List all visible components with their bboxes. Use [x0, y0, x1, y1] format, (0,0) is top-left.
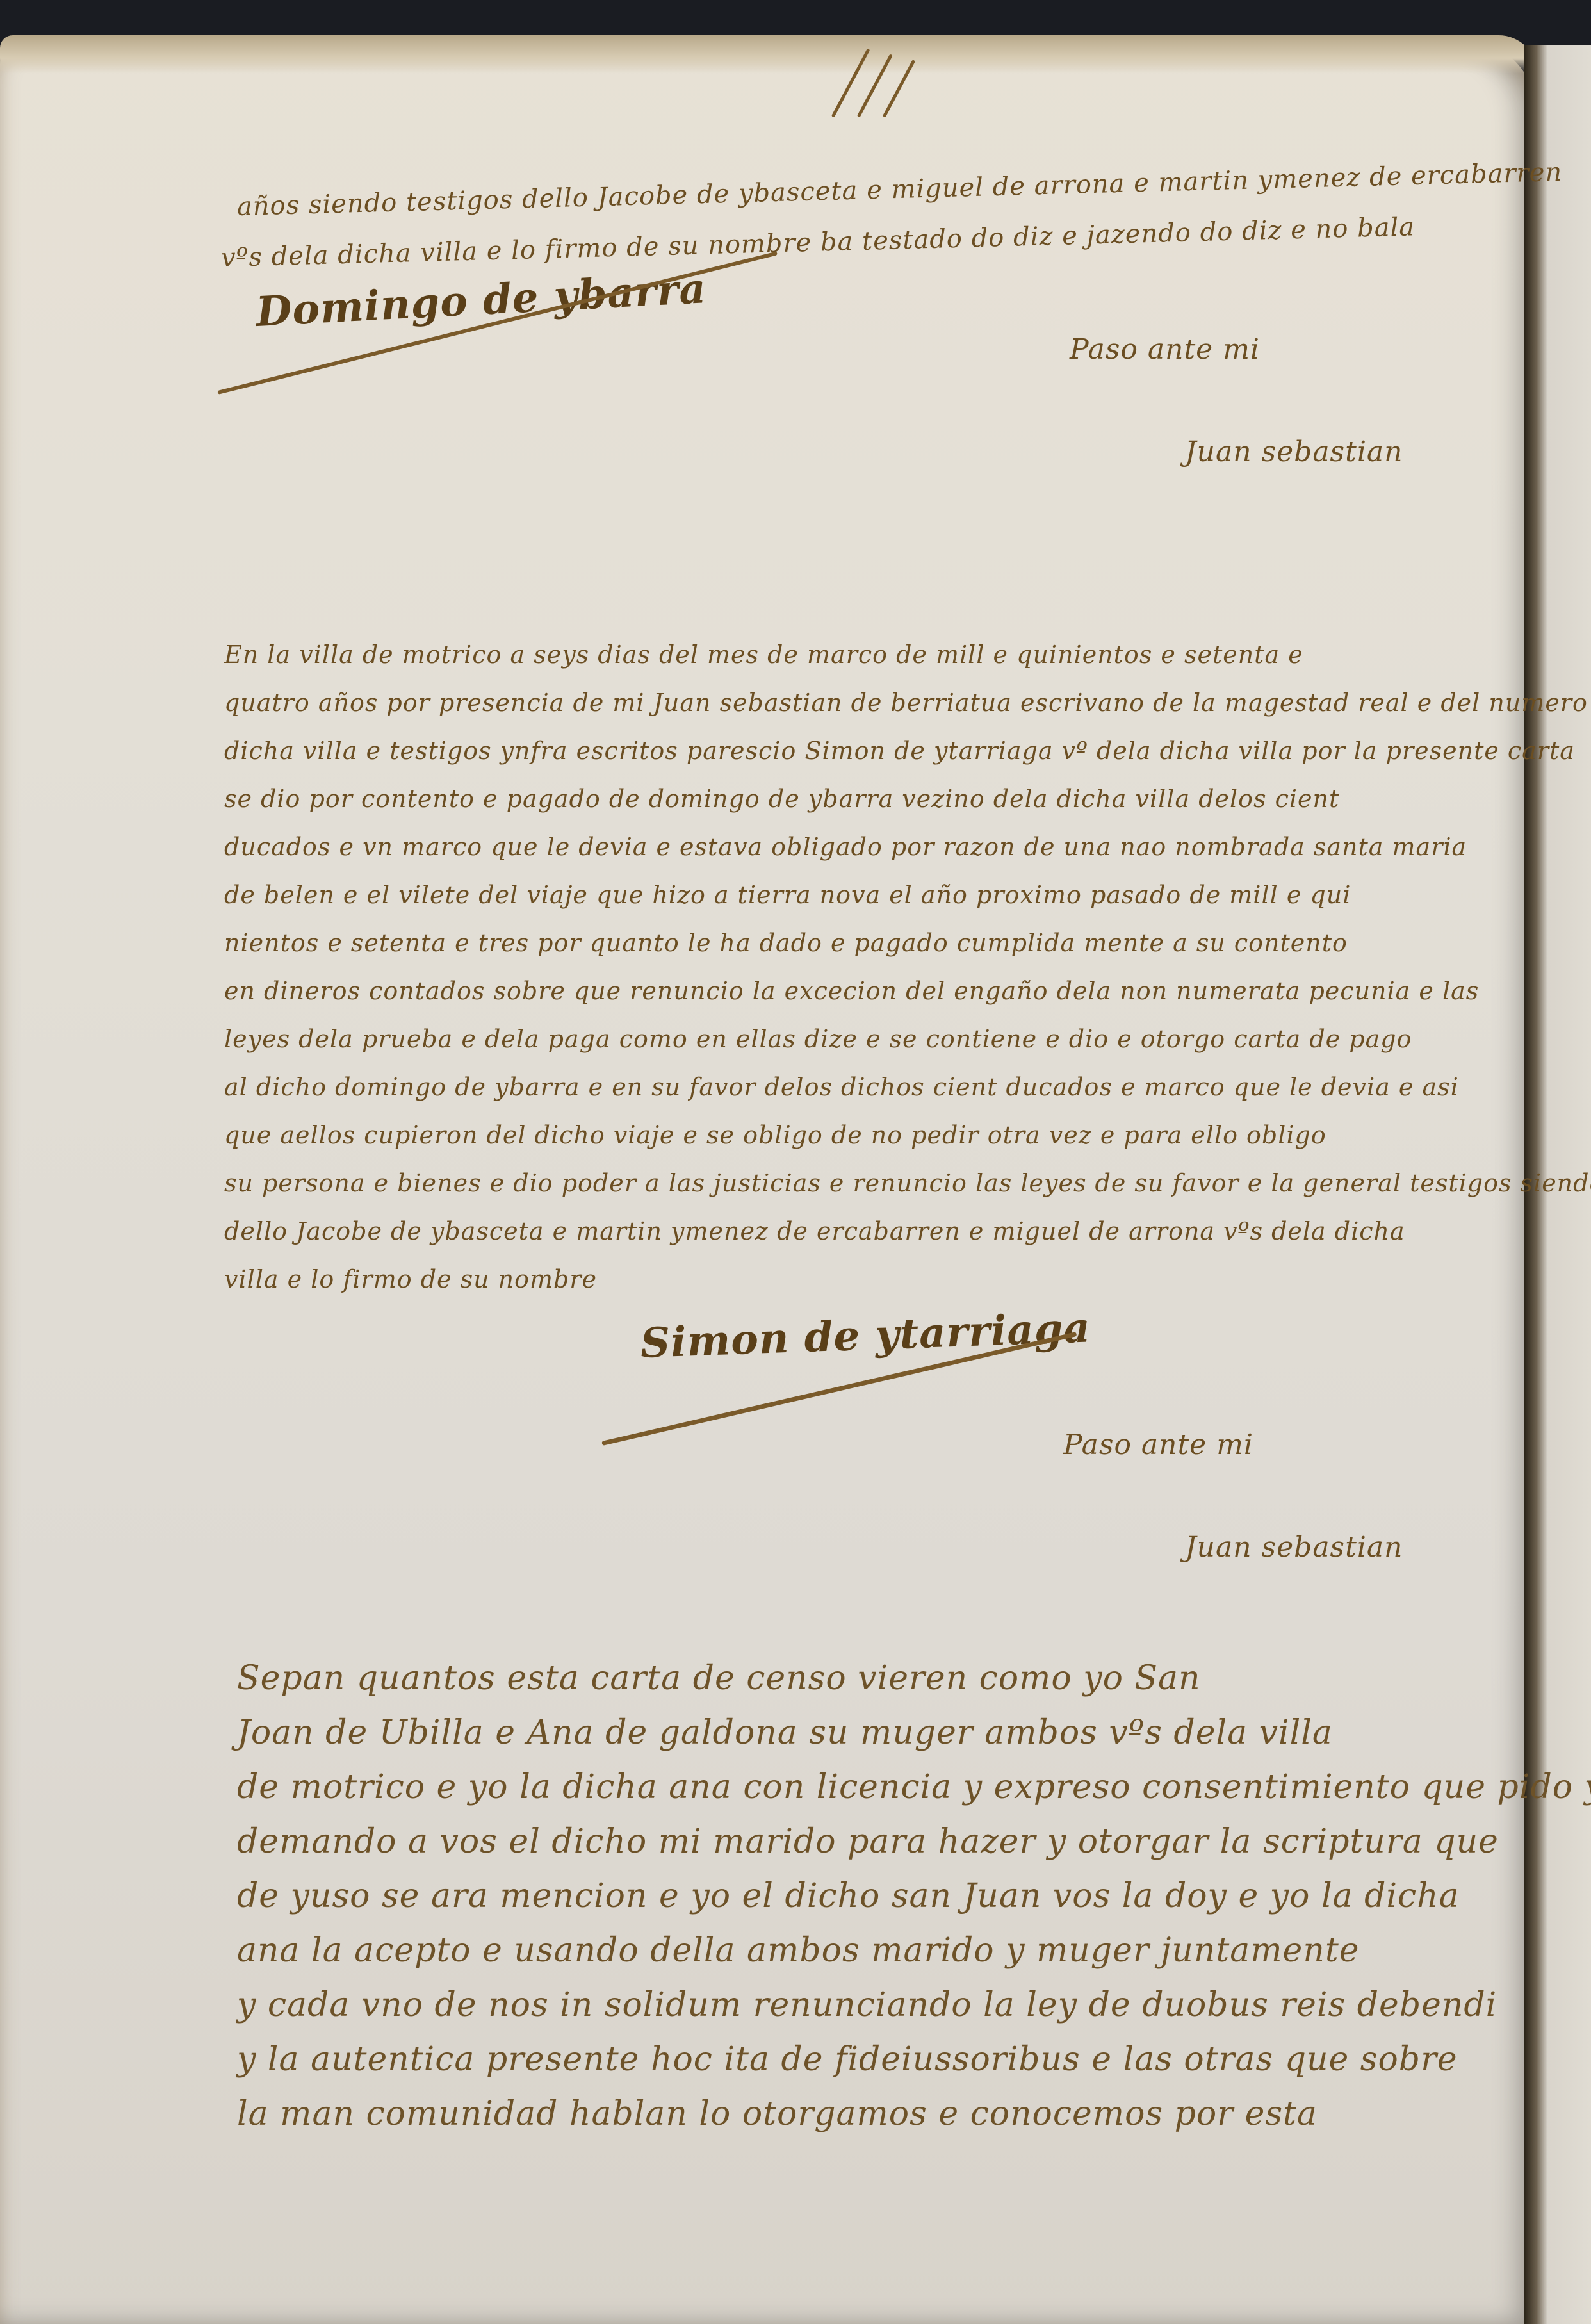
middle-line-4: se dio por contento e pagado de domingo … — [224, 785, 1339, 813]
middle-line-10: al dicho domingo de ybarra e en su favor… — [224, 1073, 1459, 1101]
middle-line-7: nientos e setenta e tres por quanto le h… — [224, 929, 1348, 957]
margin-note-paso-ante-mi: Paso ante mi — [1070, 333, 1260, 366]
middle-line-13: dello Jacobe de ybasceta e martin ymenez… — [224, 1217, 1405, 1245]
bottom-line-9: la man comunidad hablan lo otorgamos e c… — [237, 2095, 1318, 2133]
bottom-line-4: demando a vos el dicho mi marido para ha… — [237, 1822, 1499, 1861]
bottom-line-2: Joan de Ubilla e Ana de galdona su muger… — [237, 1714, 1333, 1752]
margin-note-juan-sebastian: Juan sebastian — [1185, 1531, 1403, 1564]
middle-line-12: su persona e bienes e dio poder a las ju… — [224, 1169, 1591, 1197]
bottom-line-8: y la autentica presente hoc ita de fidei… — [237, 2040, 1458, 2079]
bottom-line-1: Sepan quantos esta carta de censo vieren… — [237, 1659, 1201, 1698]
middle-line-6: de belen e el vilete del viaje que hizo … — [224, 881, 1351, 909]
bottom-line-3: de motrico e yo la dicha ana con licenci… — [237, 1768, 1591, 1806]
middle-line-9: leyes dela prueba e dela paga como en el… — [224, 1025, 1412, 1053]
margin-note-juan-sebastian: Juan sebastian — [1185, 436, 1403, 468]
bottom-line-7: y cada vno de nos in solidum renunciando… — [237, 1986, 1497, 2024]
bottom-line-6: ana la acepto e usando della ambos marid… — [237, 1931, 1360, 1970]
margin-note-paso-ante-mi: Paso ante mi — [1063, 1428, 1253, 1461]
middle-line-5: ducados e vn marco que le devia e estava… — [224, 833, 1467, 861]
middle-line-8: en dineros contados sobre que renuncio l… — [224, 977, 1479, 1005]
bottom-line-5: de yuso se ara mencion e yo el dicho san… — [237, 1877, 1460, 1915]
middle-line-11: que aellos cupieron del dicho viaje e se… — [224, 1121, 1326, 1149]
middle-line-14: villa e lo firmo de su nombre — [224, 1265, 597, 1293]
middle-line-3: dicha villa e testigos ynfra escritos pa… — [224, 737, 1575, 765]
page-worn-edge — [0, 35, 1537, 74]
middle-line-1: En la villa de motrico a seys dias del m… — [224, 641, 1303, 669]
middle-line-2: quatro años por presencia de mi Juan seb… — [224, 689, 1591, 717]
